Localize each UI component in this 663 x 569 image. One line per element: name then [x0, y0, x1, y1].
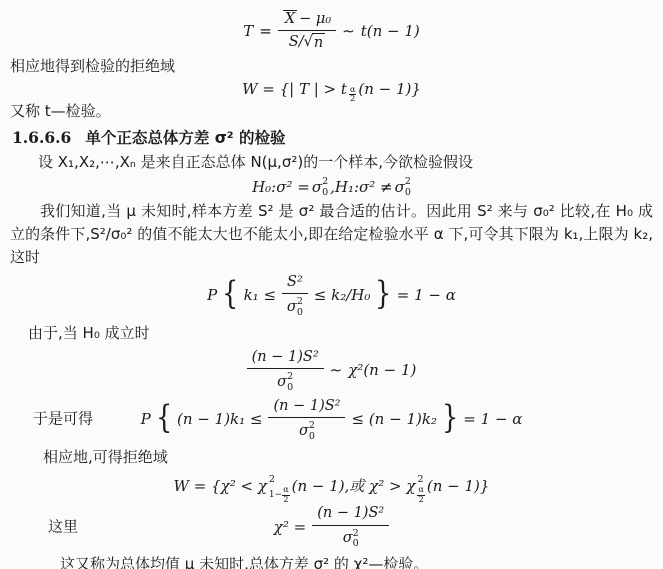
alpha-over-two: α 2 [282, 486, 289, 505]
chi-dist-numerator: (n − 1)S² [247, 348, 324, 369]
two-denominator: 2 [283, 496, 288, 505]
formula-t-statistic: T = X − μ₀ S/ √ n ∼ t(n − 1) [10, 10, 653, 53]
alpha-over-two: α 2 [417, 486, 424, 505]
prob1-fraction: S² σ 2 0 [282, 273, 308, 318]
sigma-sub-sup: 2 0 [322, 177, 328, 199]
t-test-note: 又称 t—检验。 [10, 100, 653, 123]
chi-def-fraction: (n − 1)S² σ 2 0 [312, 504, 389, 549]
sigma-symbol: σ [395, 178, 405, 196]
document-page: T = X − μ₀ S/ √ n ∼ t(n − 1) 相应地得到检验的拒绝域… [0, 0, 663, 569]
tilde-distributed-icon: ∼ [330, 361, 343, 379]
prob1-right: ≤ k₂/H₀ [314, 286, 371, 304]
chi-def-denominator: σ 2 0 [343, 526, 359, 550]
w-chi-prefix: W = {χ² < χ [174, 477, 267, 495]
reject-region-intro: 相应地得到检验的拒绝域 [10, 55, 653, 78]
w-chi-middle: (n − 1),或 χ² > χ [292, 475, 416, 496]
thus-label: 于是可得 [33, 408, 93, 431]
formula-probability-1: P { k₁ ≤ S² σ 2 0 ≤ k₂/H₀ } = 1 − α [10, 273, 653, 318]
chi-dist-denominator: σ 2 0 [277, 369, 293, 393]
w-chi-suffix: (n − 1)} [427, 477, 490, 495]
s-slash: S/ [289, 33, 304, 51]
sigma-subscript: 0 [353, 539, 359, 550]
prob1-denominator: σ 2 0 [287, 294, 303, 318]
chi-sub-sup-lower: 2 1− α 2 [269, 475, 290, 505]
chi-squared-distribution: χ²(n − 1) [348, 361, 416, 379]
formula-chi-distribution: (n − 1)S² σ 2 0 ∼ χ²(n − 1) [10, 348, 653, 393]
two-denominator: 2 [350, 95, 355, 104]
prob1-numerator: S² [282, 273, 308, 294]
formula-w-chi: W = {χ² < χ 2 1− α 2 (n − 1),或 χ² > χ 2 … [10, 471, 653, 501]
close-brace: } [442, 403, 458, 436]
sigma-sub-sup: 2 0 [353, 529, 359, 551]
t-stat-fraction: X − μ₀ S/ √ n [278, 10, 336, 53]
sigma-zero-squared: σ 2 0 [395, 176, 411, 198]
tilde-distributed-icon: ∼ [342, 22, 355, 40]
n-minus-1-s-squared: (n − 1)S² [317, 504, 384, 522]
chi-subscript-one-minus-alpha-half: 1− α 2 [269, 486, 290, 505]
explanation-paragraph: 我们知道,当 μ 未知时,样本方差 S² 是 σ² 最合适的估计。因此用 S² … [10, 200, 653, 269]
w-t-suffix: (n − 1)} [358, 80, 421, 98]
section-title: 单个正态总体方差 σ² 的检验 [85, 129, 285, 147]
sigma-sub-sup: 2 0 [287, 372, 293, 394]
section-number: 1.6.6.6 [12, 128, 71, 147]
sigma-symbol: σ [312, 178, 322, 196]
sigma-symbol: σ [343, 529, 353, 547]
sigma-sub-sup: 2 0 [297, 297, 303, 319]
sigma-subscript: 0 [287, 383, 293, 394]
two-denominator: 2 [419, 496, 424, 505]
alpha-over-two-subscript: α 2 [349, 86, 356, 105]
s-squared: S² [287, 273, 303, 291]
equals-sign: = [259, 22, 272, 40]
sigma-symbol: σ [287, 298, 297, 316]
open-brace: { [222, 279, 238, 312]
chi-def-numerator: (n − 1)S² [312, 504, 389, 525]
here-label: 这里 [48, 515, 78, 538]
formula-hypotheses: H₀:σ² = σ 2 0 ,H₁:σ² ≠ σ 2 0 [10, 176, 653, 198]
chi-def-lhs: χ² = [274, 518, 306, 536]
prob2-fraction: (n − 1)S² σ 2 0 [268, 397, 345, 442]
section-heading: 1.6.6.6单个正态总体方差 σ² 的检验 [12, 126, 653, 150]
close-brace: } [375, 279, 391, 312]
t-stat-denominator: S/ √ n [289, 31, 325, 52]
chi-sub-sup-upper: 2 α 2 [417, 475, 424, 505]
prob2-right: ≤ (n − 1)k₂ [351, 410, 436, 428]
sigma-subscript: 0 [322, 188, 328, 199]
one-minus: 1− [269, 490, 282, 500]
reject-region-intro-2: 相应地,可得拒绝域 [10, 446, 653, 469]
prob2-equals-tail: = 1 − α [463, 410, 522, 428]
since-h0-line: 由于,当 H₀ 成立时 [10, 322, 653, 345]
sigma-subscript: 0 [297, 308, 303, 319]
n-minus-1-s-squared: (n − 1)S² [273, 397, 340, 415]
sigma-zero-squared: σ 2 0 [299, 420, 315, 442]
prob2-left: (n − 1)k₁ ≤ [177, 410, 262, 428]
probability-symbol: P [141, 410, 151, 428]
formula-chi-definition-row: 这里 χ² = (n − 1)S² σ 2 0 [10, 504, 653, 549]
prob1-left: k₁ ≤ [244, 286, 276, 304]
sigma-sub-sup: 2 0 [405, 177, 411, 199]
formula-w-t-test: W = {| T | > t α 2 (n − 1)} [10, 80, 653, 99]
sample-setup-line: 设 X₁,X₂,⋯,Xₙ 是来自正态总体 N(μ,σ²)的一个样本,今欲检验假设 [10, 151, 653, 174]
hypotheses-part2: ,H₁:σ² ≠ [330, 178, 393, 196]
conclusion-line: 这又称为总体均值 μ 未知时,总体方差 σ² 的 χ²—检验。 [10, 553, 653, 569]
t-symbol: T [243, 22, 253, 40]
t-distribution: t(n − 1) [361, 22, 420, 40]
sigma-zero-squared: σ 2 0 [343, 528, 359, 550]
chi-subscript-alpha-half: α 2 [417, 486, 424, 505]
w-t-prefix: W = {| T | > t [242, 80, 347, 98]
prob2-numerator: (n − 1)S² [268, 397, 345, 418]
open-brace: { [156, 403, 172, 436]
sigma-zero-squared: σ 2 0 [287, 296, 303, 318]
sigma-symbol: σ [299, 422, 309, 440]
sigma-subscript: 0 [309, 432, 315, 443]
sigma-zero-squared: σ 2 0 [312, 176, 328, 198]
sigma-zero-squared: σ 2 0 [277, 371, 293, 393]
sigma-symbol: σ [277, 373, 287, 391]
sigma-sub-sup: 2 0 [309, 421, 315, 443]
sqrt-radicand: n [312, 33, 325, 52]
probability-symbol: P [207, 286, 217, 304]
prob1-equals-tail: = 1 − α [397, 286, 456, 304]
t-stat-numerator: X − μ₀ [278, 10, 336, 31]
minus-mu-zero: − μ₀ [299, 10, 331, 28]
n-minus-1-s-squared: (n − 1)S² [252, 348, 319, 366]
hypotheses-part1: H₀:σ² = [252, 178, 310, 196]
x-bar-symbol: X [283, 10, 297, 28]
prob2-denominator: σ 2 0 [299, 418, 315, 442]
chi-exponent: 2 [269, 475, 275, 486]
sigma-subscript: 0 [405, 188, 411, 199]
chi-dist-fraction: (n − 1)S² σ 2 0 [247, 348, 324, 393]
formula-probability-2-row: 于是可得 P { (n − 1)k₁ ≤ (n − 1)S² σ 2 0 ≤ (… [10, 397, 653, 442]
